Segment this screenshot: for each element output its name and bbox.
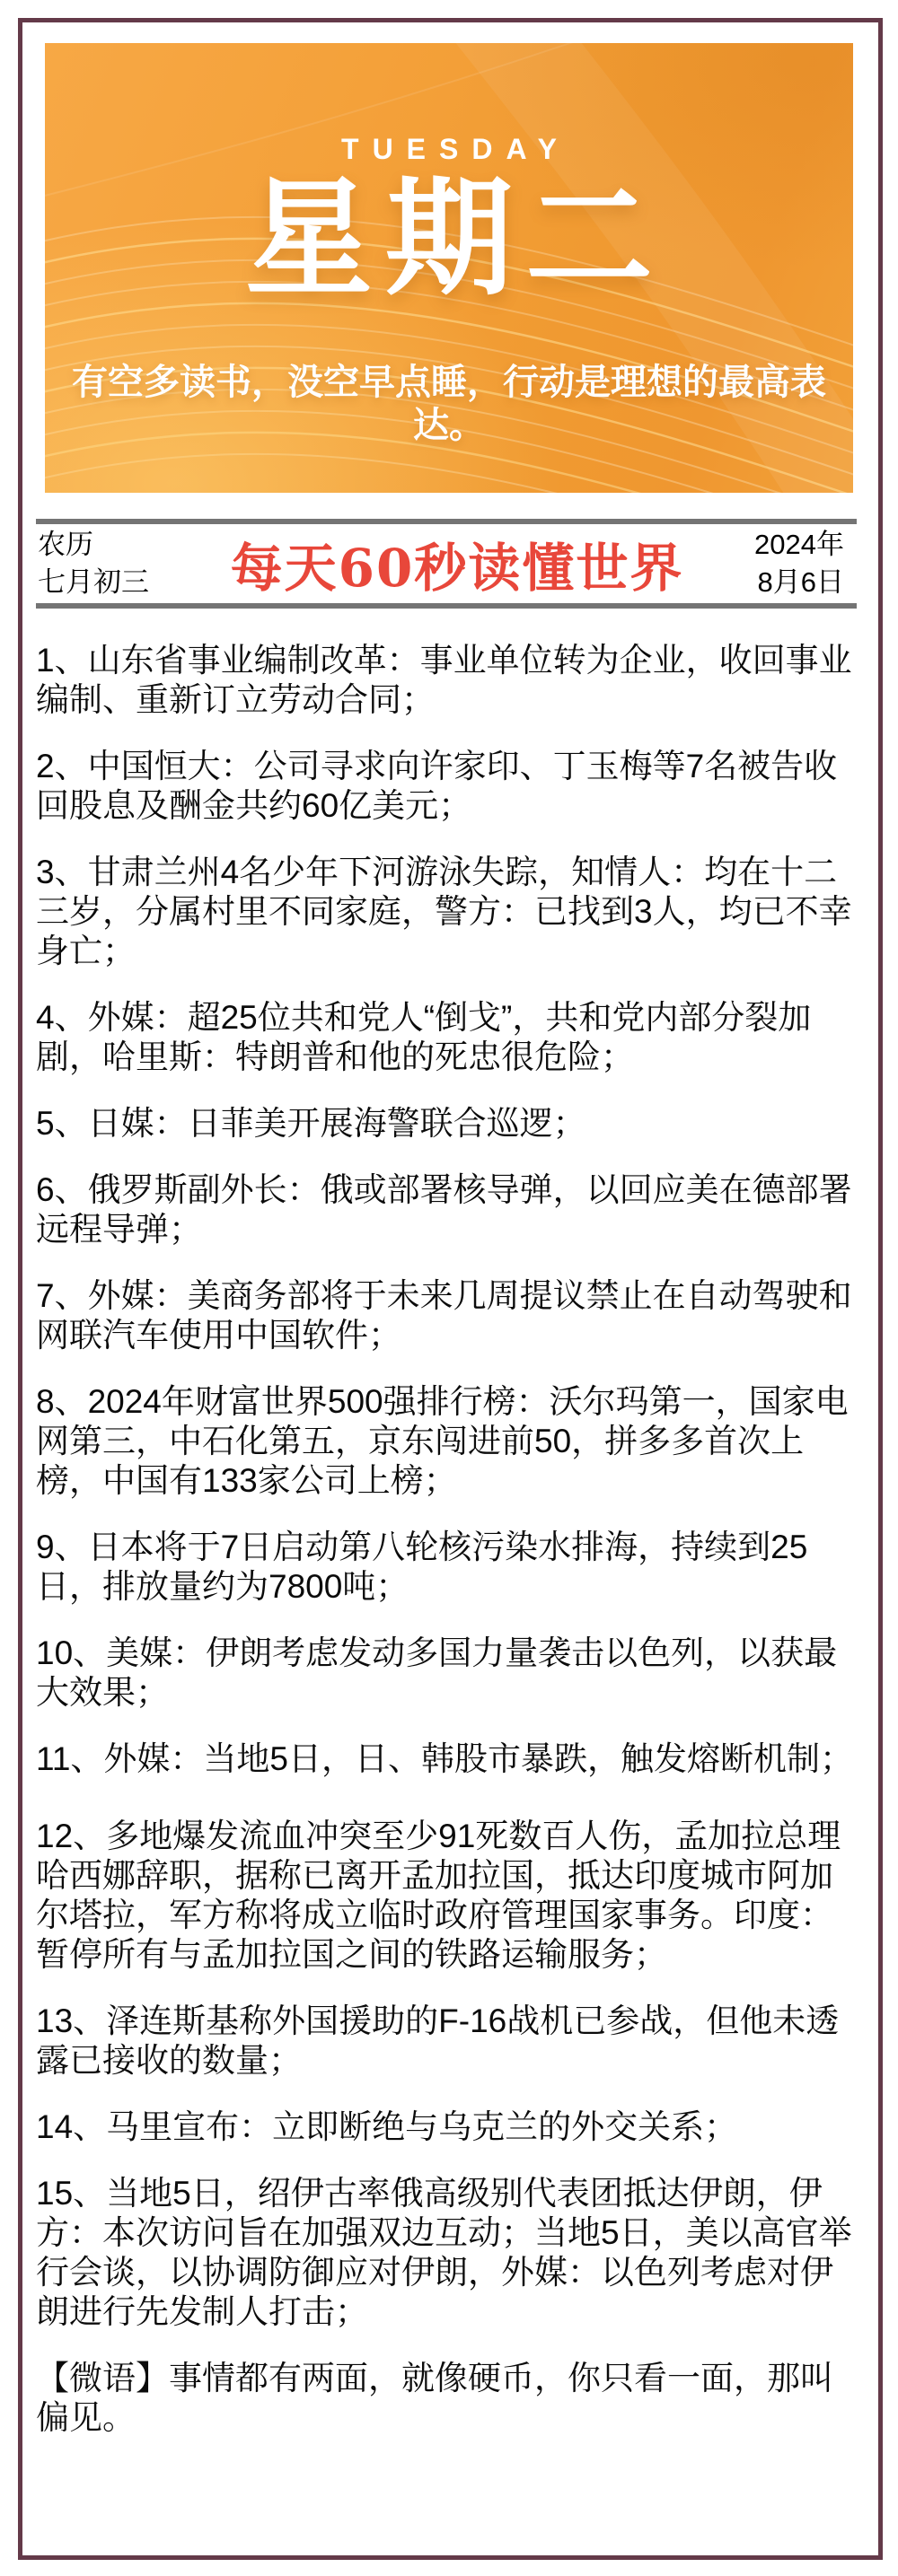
date-label: 8月6日 bbox=[754, 564, 844, 601]
news-item-1: 1、山东省事业编制改革：事业单位转为企业，收回事业编制、重新订立劳动合同； bbox=[36, 641, 858, 720]
daily-motto: 有空多读书，没空早点睡，行动是理想的最高表达。 bbox=[45, 361, 853, 447]
weiyu-note: 【微语】事情都有两面，就像硬币，你只看一面，那叫偏见。 bbox=[36, 2359, 858, 2438]
lunar-label: 农历 bbox=[38, 526, 149, 564]
news-item-8: 8、2024年财富世界500强排行榜：沃尔玛第一，国家电网第三，中石化第五，京东… bbox=[36, 1382, 858, 1501]
news-item-3: 3、甘肃兰州4名少年下河游泳失踪，知情人：均在十二三岁，分属村里不同家庭，警方：… bbox=[36, 853, 858, 971]
news-item-15: 15、当地5日，绍伊古率俄高级别代表团抵达伊朗，伊方：本次访问旨在加强双边互动；… bbox=[36, 2174, 858, 2332]
news-item-6: 6、俄罗斯副外长：俄或部署核导弹，以回应美在德部署远程导弹； bbox=[36, 1170, 858, 1249]
news-item-12: 12、多地爆发流血冲突至少91死数百人伤，孟加拉总理哈西娜辞职，据称已离开孟加拉… bbox=[36, 1817, 858, 1975]
news-item-7: 7、外媒：美商务部将于未来几周提议禁止在自动驾驶和网联汽车使用中国软件； bbox=[36, 1276, 858, 1355]
news-item-2: 2、中国恒大：公司寻求向许家印、丁玉梅等7名被告收回股息及酬金共约60亿美元； bbox=[36, 747, 858, 826]
year-label: 2024年 bbox=[754, 526, 844, 564]
weekday-english: TUESDAY bbox=[45, 133, 853, 166]
news-item-11: 11、外媒：当地5日，日、韩股市暴跌，触发熔断机制； bbox=[36, 1739, 858, 1779]
news-item-5: 5、日媒：日菲美开展海警联合巡逻； bbox=[36, 1104, 858, 1143]
lunar-column: 农历 七月初三 bbox=[36, 526, 149, 601]
gregorian-column: 2024年 8月6日 bbox=[754, 526, 857, 601]
news-item-9: 9、日本将于7日启动第八轮核污染水排海，持续到25日，排放量约为7800吨； bbox=[36, 1528, 858, 1607]
date-bar: 农历 七月初三 每天60秒读懂世界 2024年 8月6日 bbox=[36, 519, 857, 609]
weekday-chinese: 星期二 bbox=[45, 169, 853, 309]
lunar-date: 七月初三 bbox=[38, 564, 149, 601]
news-item-14: 14、马里宣布：立即断绝与乌克兰的外交关系； bbox=[36, 2107, 858, 2147]
page-title: 每天60秒读懂世界 bbox=[231, 526, 684, 601]
weekday-banner: TUESDAY 星期二 有空多读书，没空早点睡，行动是理想的最高表达。 bbox=[45, 43, 853, 493]
news-item-10: 10、美媒：伊朗考虑发动多国力量袭击以色列，以获最大效果； bbox=[36, 1634, 858, 1713]
news-item-13: 13、泽连斯基称外国援助的F-16战机已参战，但他未透露已接收的数量； bbox=[36, 2002, 858, 2081]
news-item-4: 4、外媒：超25位共和党人“倒戈”，共和党内部分裂加剧，哈里斯：特朗普和他的死忠… bbox=[36, 998, 858, 1077]
news-list: 1、山东省事业编制改革：事业单位转为企业，收回事业编制、重新订立劳动合同； 2、… bbox=[36, 641, 858, 2465]
